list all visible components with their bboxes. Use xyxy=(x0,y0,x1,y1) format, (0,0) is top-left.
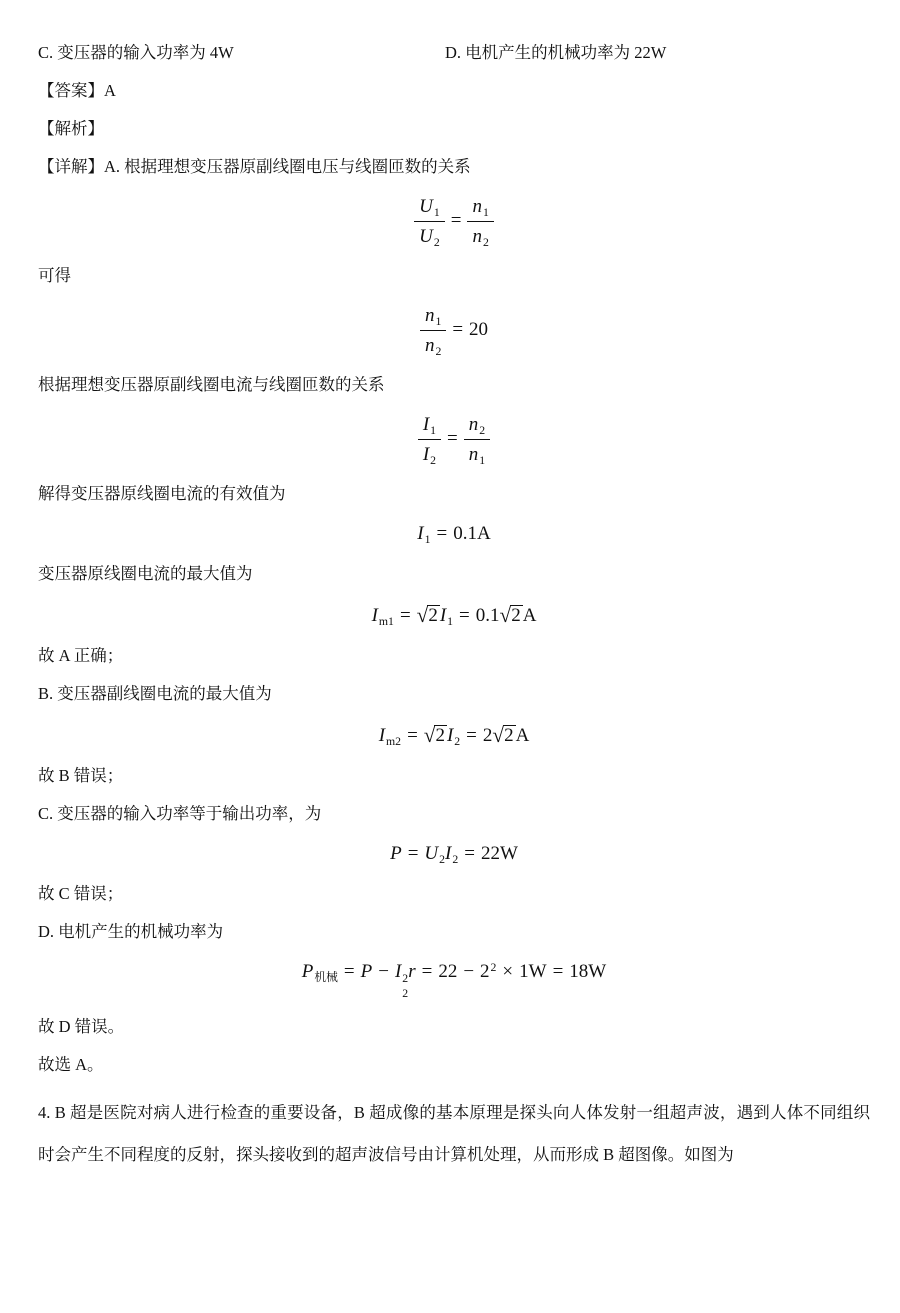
b-wrong-line: 故 B 错误； xyxy=(38,765,870,787)
detail-a-intro: A. 根据理想变压器原副线圈电压与线圈匝数的关系 xyxy=(104,157,471,176)
current-relation-line: 根据理想变压器原副线圈电流与线圈匝数的关系 xyxy=(38,374,870,396)
math-token: 2 xyxy=(430,454,436,467)
math-token: n1n2 xyxy=(467,194,493,249)
radical-sign: √ xyxy=(500,602,512,628)
math-token: √2 xyxy=(500,601,523,629)
math-token: = xyxy=(459,605,470,626)
math-token: I xyxy=(445,843,451,864)
b-head-line: B. 变压器副线圈电流的最大值为 xyxy=(38,683,870,705)
math-token: 0.1A xyxy=(453,523,490,544)
math-token: − xyxy=(378,961,389,982)
math-token: I xyxy=(447,725,453,746)
math-token: √2 xyxy=(424,721,447,749)
document-page: C. 变压器的输入功率为 4W D. 电机产生的机械功率为 22W 【答案】A … xyxy=(0,0,900,1313)
math-token: 18W xyxy=(569,961,606,982)
math-token: = xyxy=(408,843,419,864)
math-token: m1 xyxy=(379,615,394,628)
kede-line: 可得 xyxy=(38,265,870,287)
math-token: = xyxy=(407,725,418,746)
radical-sign: √ xyxy=(417,602,429,628)
math-token: = xyxy=(553,961,564,982)
d-wrong-line: 故 D 错误。 xyxy=(38,1016,870,1038)
math-token: I1I2 xyxy=(418,412,441,467)
math-token: I xyxy=(379,725,385,746)
math-token: √2 xyxy=(492,721,515,749)
math-token: = xyxy=(447,428,458,449)
formula-secondary-max: Im2=√2I2=2√2A xyxy=(38,721,870,749)
math-token: = xyxy=(437,523,448,544)
math-token: U1U2 xyxy=(414,194,445,249)
math-token: U xyxy=(424,843,438,864)
math-token: n xyxy=(425,335,435,356)
math-token: = xyxy=(451,210,462,231)
formula-primary-rms: I1=0.1A xyxy=(38,521,870,547)
math-token: √2 xyxy=(417,601,440,629)
detail-label: 【详解】 xyxy=(38,157,104,176)
answer-line: 【答案】A xyxy=(38,80,870,102)
math-token: = xyxy=(422,961,433,982)
math-token: 机械 xyxy=(314,971,338,984)
math-token: 1 xyxy=(434,206,440,219)
math-token: 2 xyxy=(480,961,490,982)
option-c-text: C. 变压器的输入功率为 4W xyxy=(38,43,234,62)
math-token: 2 xyxy=(454,735,460,748)
math-token: 1 xyxy=(430,424,436,437)
math-token: 0.1 xyxy=(476,605,500,626)
formula-voltage-ratio: U1U2=n1n2 xyxy=(38,194,870,249)
math-token: 2 xyxy=(479,424,485,437)
math-token: 2 xyxy=(452,853,458,866)
answer-value: A xyxy=(104,81,116,100)
math-token: 1 xyxy=(435,315,441,328)
math-token: A xyxy=(523,605,537,626)
math-token: 1 xyxy=(479,454,485,467)
formula-primary-max: Im1=√2I1=0.1√2A xyxy=(38,601,870,629)
math-token: n xyxy=(472,196,482,217)
analysis-line: 【解析】 xyxy=(38,118,870,140)
math-token: 2 xyxy=(434,236,440,249)
math-token: m2 xyxy=(386,735,401,748)
math-token: P xyxy=(361,961,373,982)
math-token: = xyxy=(452,319,463,340)
math-token: 1 xyxy=(447,615,453,628)
radical-sign: √ xyxy=(492,722,504,748)
math-token: A xyxy=(516,725,530,746)
analysis-label: 【解析】 xyxy=(38,119,104,138)
math-token: 2 xyxy=(491,961,497,974)
math-token: I xyxy=(372,605,378,626)
answer-label: 【答案】 xyxy=(38,81,104,100)
math-token: 20 xyxy=(469,319,488,340)
math-token: r xyxy=(408,961,415,982)
math-token: n xyxy=(469,414,479,435)
solve-rms-line: 解得变压器原线圈电流的有效值为 xyxy=(38,483,870,505)
math-token: × xyxy=(502,961,513,982)
math-token: I xyxy=(423,444,429,465)
formula-turns-ratio: n1n2=20 xyxy=(38,303,870,358)
math-token: 2 xyxy=(435,345,441,358)
math-token: 22 xyxy=(438,961,457,982)
math-token: n xyxy=(469,444,479,465)
math-token: I xyxy=(440,605,446,626)
math-token: I xyxy=(395,961,401,982)
math-token: 2 xyxy=(483,725,493,746)
math-token: 1 xyxy=(483,206,489,219)
a-correct-line: 故 A 正确； xyxy=(38,645,870,667)
d-head-line: D. 电机产生的机械功率为 xyxy=(38,921,870,943)
formula-mechanical-power: P机械=P−I22r=22−22×1W=18W xyxy=(38,959,870,1000)
math-token: = xyxy=(344,961,355,982)
math-token: = xyxy=(466,725,477,746)
detail-line: 【详解】A. 根据理想变压器原副线圈电压与线圈匝数的关系 xyxy=(38,156,870,178)
math-token: n xyxy=(472,226,482,247)
math-token: = xyxy=(400,605,411,626)
question4-paragraph: 4. B 超是医院对病人进行检查的重要设备，B 超成像的基本原理是探头向人体发射… xyxy=(38,1092,870,1176)
math-token: 2 xyxy=(483,236,489,249)
formula-input-power: P=U2I2=22W xyxy=(38,841,870,867)
choose-answer-line: 故选 A。 xyxy=(38,1054,870,1076)
formula-current-ratio: I1I2=n2n1 xyxy=(38,412,870,467)
math-token: 1 xyxy=(425,533,431,546)
options-row: C. 变压器的输入功率为 4W D. 电机产生的机械功率为 22W xyxy=(38,42,870,64)
option-d-text: D. 电机产生的机械功率为 22W xyxy=(445,42,666,64)
math-token: U xyxy=(419,226,433,247)
c-wrong-line: 故 C 错误； xyxy=(38,883,870,905)
math-token: P xyxy=(390,843,402,864)
math-token: P xyxy=(302,961,314,982)
math-token: n1n2 xyxy=(420,303,446,358)
math-token: I xyxy=(423,414,429,435)
math-token: − xyxy=(463,961,474,982)
math-token: I xyxy=(417,523,423,544)
c-head-line: C. 变压器的输入功率等于输出功率，为 xyxy=(38,803,870,825)
primary-max-label-line: 变压器原线圈电流的最大值为 xyxy=(38,563,870,585)
radical-sign: √ xyxy=(424,722,436,748)
math-token: 22W xyxy=(481,843,518,864)
math-token: = xyxy=(464,843,475,864)
math-token: 1W xyxy=(519,961,546,982)
math-token: n2n1 xyxy=(464,412,490,467)
math-token: n xyxy=(425,305,435,326)
math-token: U xyxy=(419,196,433,217)
